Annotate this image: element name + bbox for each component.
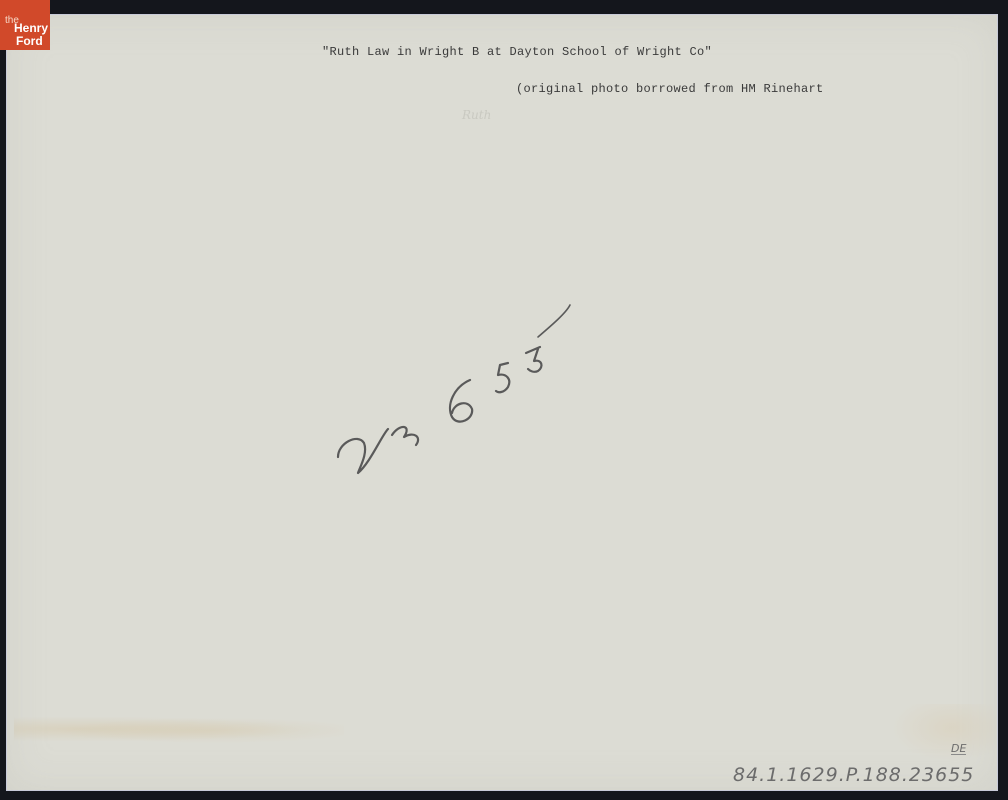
logo-text-henry: Henry xyxy=(14,22,48,34)
water-stain xyxy=(14,714,344,744)
typed-caption-source: (original photo borrowed from HM Rinehar… xyxy=(516,82,824,96)
typed-caption-title: "Ruth Law in Wright B at Dayton School o… xyxy=(322,45,712,59)
accession-number: 84.1.1629.P.188.23655 xyxy=(733,764,974,786)
handwritten-initials: DE xyxy=(951,743,966,755)
logo-text-ford: Ford xyxy=(16,35,43,47)
faint-pencil-note: Ruth xyxy=(462,108,491,122)
handwritten-number-23655 xyxy=(330,295,580,475)
henry-ford-logo[interactable]: the Henry Ford xyxy=(0,0,50,50)
water-stain-corner xyxy=(886,704,996,764)
